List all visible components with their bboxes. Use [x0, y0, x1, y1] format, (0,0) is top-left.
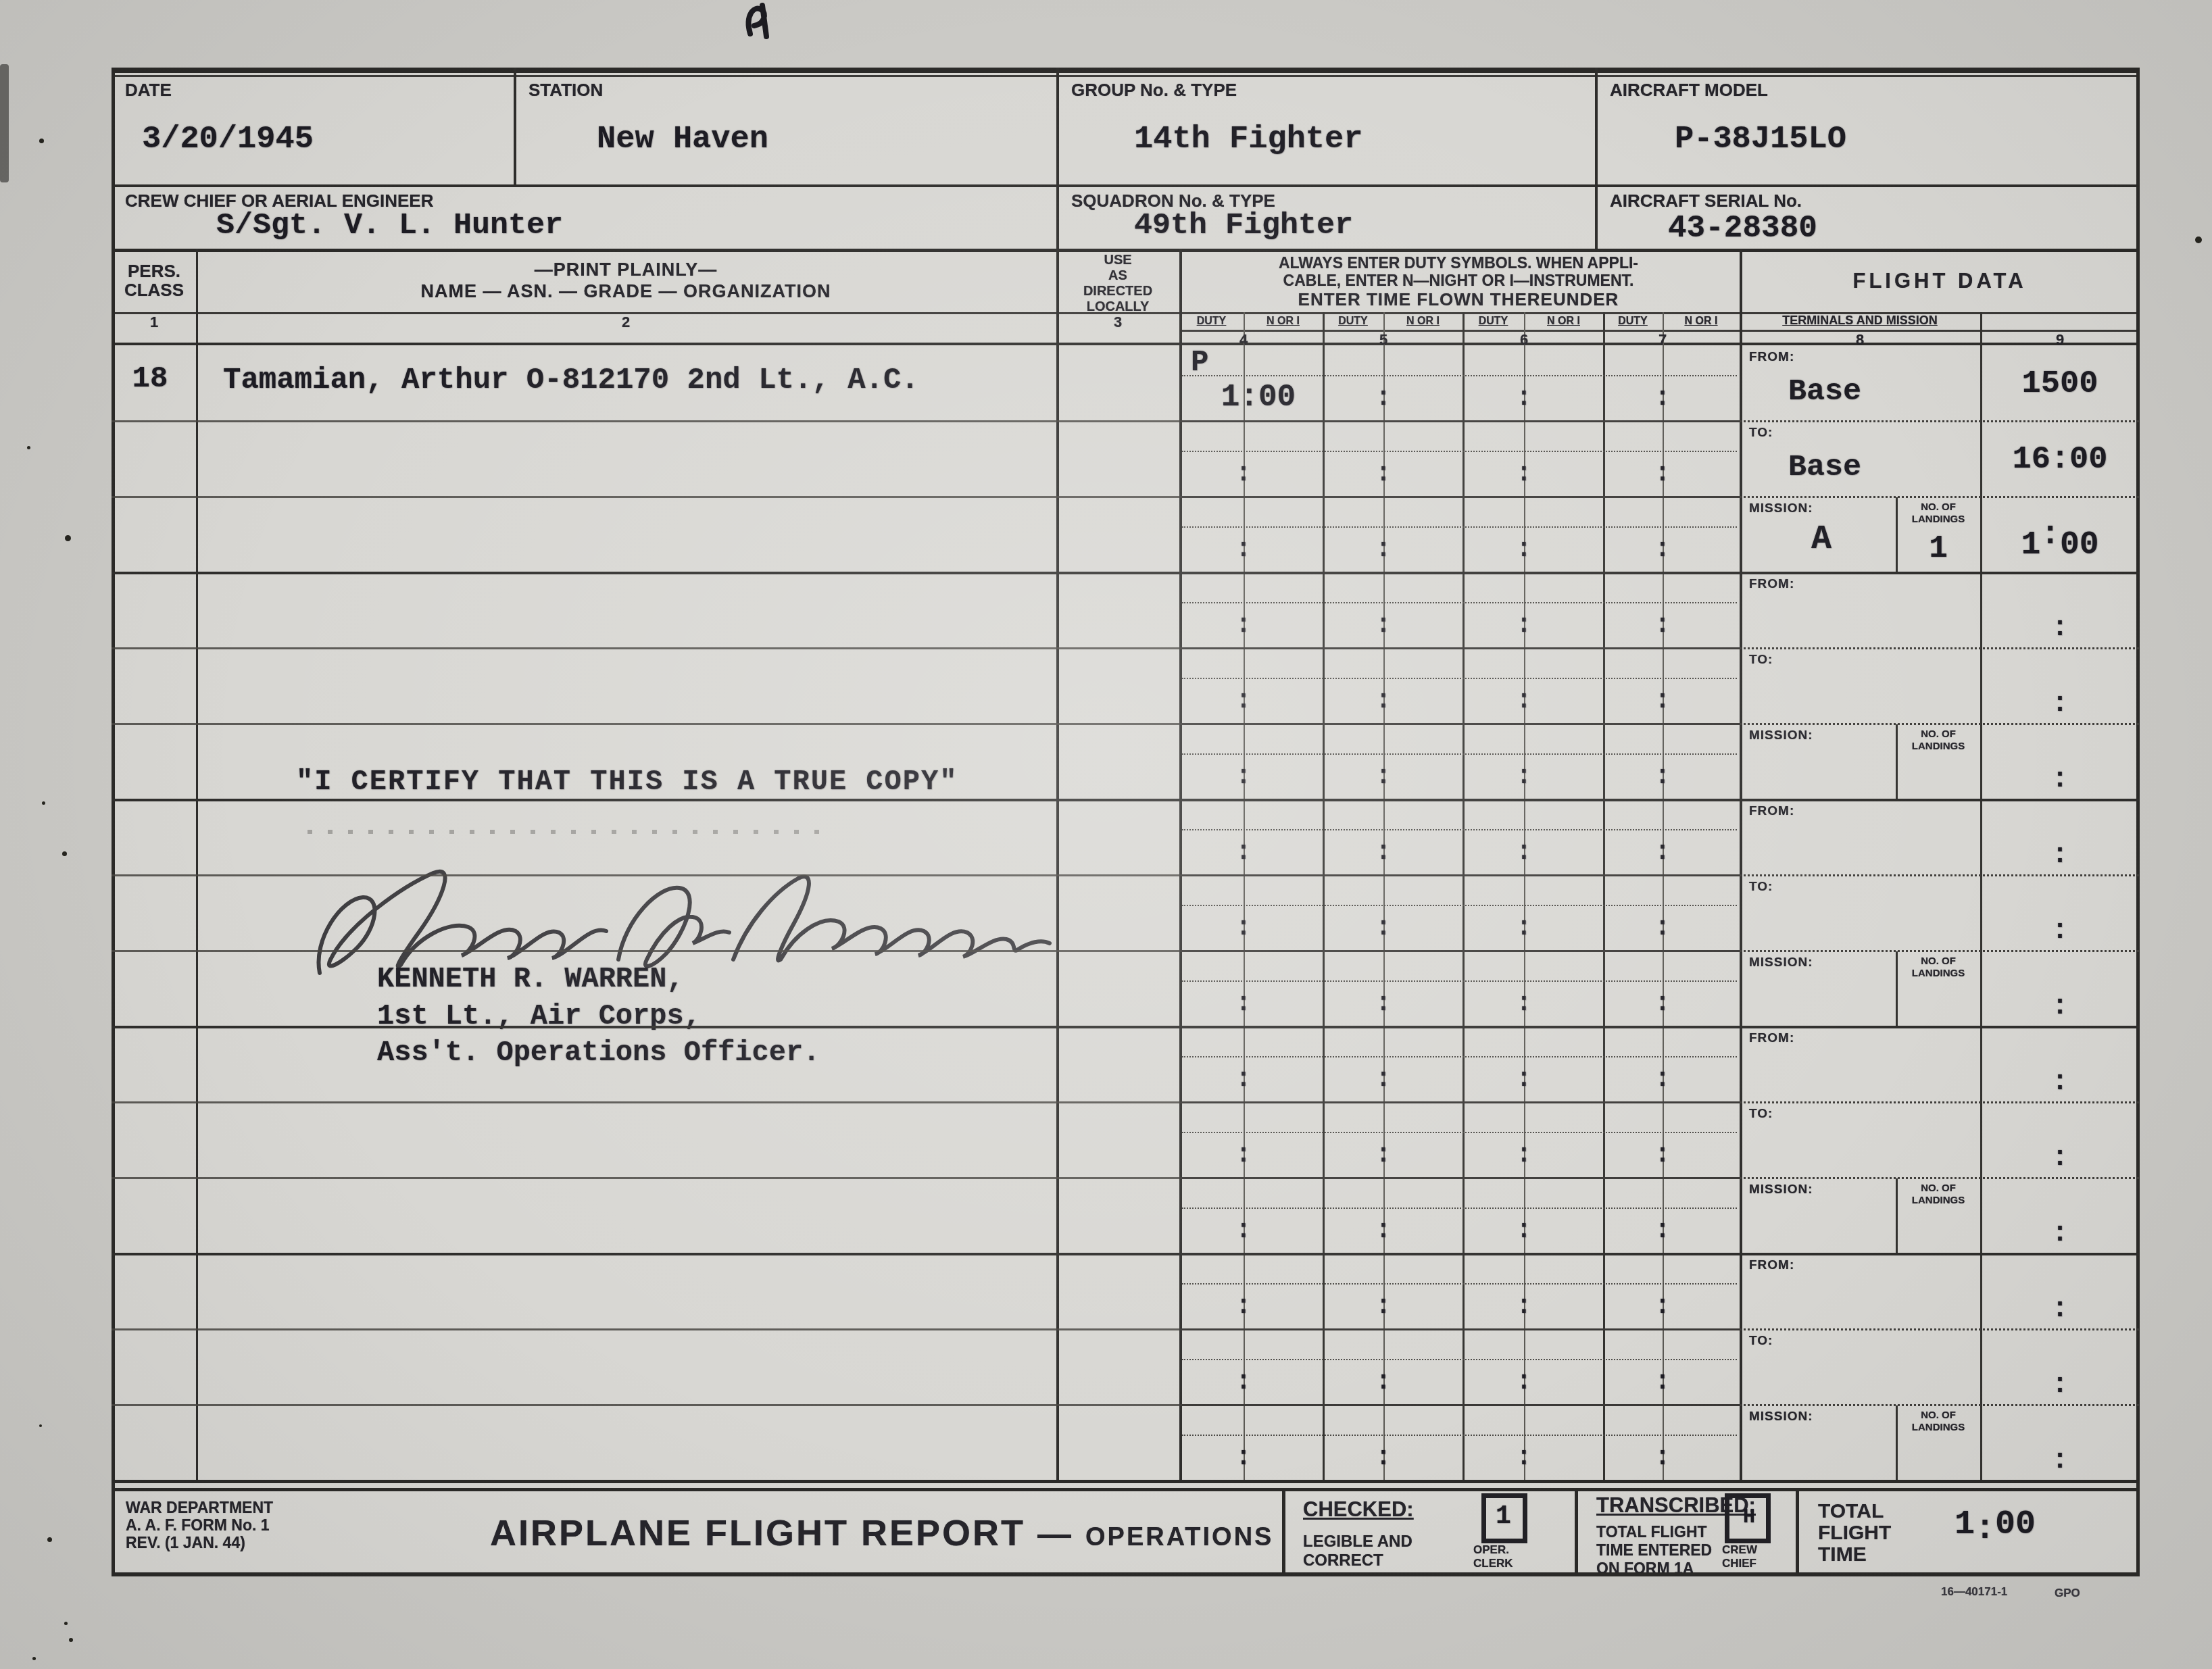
- mission-label: MISSION:: [1749, 1410, 1813, 1424]
- table-right-border: [2136, 68, 2140, 1576]
- to-label: TO:: [1749, 1107, 1773, 1122]
- nori-subheader: N OR I: [1685, 316, 1718, 328]
- column-number: 4: [1239, 331, 1248, 349]
- duty-instruction-2: CABLE, ENTER N—NIGHT OR I—INSTRUMENT.: [1283, 272, 1634, 290]
- landings-label-1: NO. OF: [1921, 728, 1956, 740]
- pers-class-label-2: CLASS: [124, 280, 184, 301]
- duty-time-colon: :: [1517, 384, 1532, 413]
- total-flight-time-value: 1:00: [1955, 1505, 2036, 1544]
- duty-time-colon: :: [1655, 838, 1671, 867]
- pilot-name-value: Tamamian, Arthur O-812170 2nd Lt., A.C.: [223, 364, 919, 397]
- duty-row-line: [1179, 1404, 1740, 1406]
- duty-time-colon: :: [1376, 838, 1392, 867]
- duty-time-colon: :: [1655, 1141, 1671, 1170]
- name-column-header-1: —PRINT PLAINLY—: [535, 259, 718, 280]
- checked-line-1: LEGIBLE AND: [1303, 1533, 1412, 1551]
- time-colon-placeholder: :: [2052, 841, 2068, 871]
- crew-chief-label-1: CREW: [1722, 1543, 1757, 1557]
- gpo-print-code: 16—40171-1: [1941, 1585, 2007, 1599]
- duty-time-colon: :: [1236, 459, 1252, 489]
- total-flight-time-label-2: FLIGHT: [1818, 1522, 1891, 1545]
- time-colon-placeholder: :: [2052, 1068, 2068, 1098]
- name-area-rule: [112, 1177, 1179, 1179]
- name-area-rule: [112, 874, 1179, 876]
- aircraft-serial-value: 43-28380: [1668, 211, 1817, 246]
- to-time-value: 16:00: [2012, 442, 2107, 478]
- landings-label-1: NO. OF: [1921, 501, 1956, 513]
- name-area-rule: [112, 496, 1179, 498]
- table-left-border: [112, 68, 115, 1576]
- name-area-rule: [112, 647, 1179, 649]
- column-number: 2: [622, 314, 630, 331]
- duty-row-line: [1179, 496, 1740, 498]
- footer-dept-1: WAR DEPARTMENT: [126, 1499, 273, 1517]
- duty-symbol-time-divider: [1182, 980, 1737, 982]
- oper-clerk-label-2: CLERK: [1473, 1557, 1513, 1570]
- flightdata-dotted-rule: [1740, 1101, 2139, 1103]
- column-number: 6: [1520, 331, 1528, 349]
- duty-group-line: [1323, 312, 1325, 1480]
- duty-time-colon: :: [1236, 1216, 1252, 1245]
- name-column-header-2: NAME — ASN. — GRADE — ORGANIZATION: [421, 281, 831, 302]
- landings-label-2: LANDINGS: [1912, 1422, 1965, 1433]
- duty-row-line: [1179, 420, 1740, 422]
- column-number: 8: [1856, 331, 1864, 349]
- mission-label: MISSION:: [1749, 955, 1813, 970]
- flightdata-dotted-rule: [1740, 723, 2139, 725]
- duty-time-colon: :: [1376, 1141, 1392, 1170]
- landings-label-2: LANDINGS: [1912, 514, 1965, 525]
- duty-time-colon: :: [1376, 611, 1392, 640]
- column-band-divider: [112, 312, 2139, 314]
- from-label: FROM:: [1749, 804, 1794, 819]
- table-top-border: [112, 68, 2139, 73]
- duty-subheader: DUTY: [1479, 316, 1508, 328]
- duty-time-colon: :: [1236, 989, 1252, 1018]
- squadron-value: 49th Fighter: [1134, 208, 1353, 243]
- duty-time-colon: :: [1517, 1141, 1532, 1170]
- column-number: 3: [1114, 314, 1122, 331]
- name-area-rule: [112, 1101, 1179, 1103]
- landings-label-1: NO. OF: [1921, 1182, 1956, 1194]
- column-number: 7: [1658, 331, 1667, 349]
- crew-chief-value: S/Sgt. V. L. Hunter: [216, 208, 563, 243]
- date-station-divider: [514, 68, 516, 184]
- transcribed-line-1: TOTAL FLIGHT: [1596, 1523, 1707, 1541]
- ink-speck: [65, 535, 71, 541]
- table-bottom-border: [112, 1572, 2139, 1576]
- duty-time-colon: :: [1236, 611, 1252, 640]
- duty-time-colon: :: [1517, 1292, 1532, 1321]
- duty-time-colon: :: [1655, 1292, 1671, 1321]
- landings-box-line: [1896, 1405, 1898, 1480]
- time-colon-placeholder: :: [2052, 992, 2068, 1022]
- footer-dept-3: REV. (1 JAN. 44): [126, 1534, 245, 1552]
- duty-instruction-3: ENTER TIME FLOWN THEREUNDER: [1298, 289, 1619, 310]
- duty-time-colon: :: [1655, 1216, 1671, 1245]
- column-number: 9: [2056, 331, 2064, 349]
- duty-symbol-time-divider: [1182, 451, 1737, 452]
- to-label: TO:: [1749, 653, 1773, 668]
- aircraft-model-label: AIRCRAFT MODEL: [1610, 80, 1768, 101]
- duty-time-colon: :: [1376, 687, 1392, 716]
- duty-subheader: DUTY: [1338, 316, 1368, 328]
- duty-time-colon: :: [1517, 1443, 1532, 1472]
- duty-time-colon: :: [1655, 611, 1671, 640]
- duty-symbol-time-divider: [1182, 1056, 1737, 1057]
- terminals-time-column-line: [1980, 312, 1982, 1480]
- duty-symbol-time-divider: [1182, 526, 1737, 528]
- duty-group-line: [1463, 312, 1465, 1480]
- landings-label-2: LANDINGS: [1912, 968, 1965, 979]
- landings-label-1: NO. OF: [1921, 955, 1956, 967]
- duty-time-colon: :: [1376, 1368, 1392, 1397]
- date-value: 3/20/1945: [142, 122, 314, 157]
- duty-time-colon: :: [1517, 989, 1532, 1018]
- landings-box-line: [1896, 951, 1898, 1026]
- crew-chief-label-2: CHIEF: [1722, 1557, 1756, 1570]
- duty-symbol-time-divider: [1182, 1207, 1737, 1209]
- duty-time-value: 1:00: [1221, 380, 1296, 415]
- duty-time-colon: :: [1655, 687, 1671, 716]
- to-label: TO:: [1749, 426, 1773, 441]
- terminals-mission-label: TERMINALS AND MISSION: [1782, 314, 1937, 328]
- crew-chief-checkbox-icon: H: [1725, 1493, 1771, 1543]
- block-boundary-line: [112, 799, 2139, 801]
- scanned-flight-report-page: DATE 3/20/1945 STATION New Haven GROUP N…: [0, 0, 2212, 1669]
- use-as-line: DIRECTED: [1083, 284, 1152, 299]
- duty-symbol-time-divider: [1182, 1283, 1737, 1285]
- duty-row-line: [1179, 723, 1740, 725]
- time-colon-placeholder: :: [2052, 1143, 2068, 1174]
- time-colon-placeholder: :: [2052, 614, 2068, 644]
- transcribed-line-2: TIME ENTERED: [1596, 1541, 1712, 1560]
- time-colon-placeholder: :: [2052, 1295, 2068, 1325]
- duty-time-colon: :: [1236, 535, 1252, 564]
- form-title: AIRPLANE FLIGHT REPORT — OPERATIONS: [490, 1512, 1273, 1554]
- flightdata-dotted-rule: [1740, 496, 2139, 498]
- to-label: TO:: [1749, 880, 1773, 895]
- flightdata-dotted-rule: [1740, 1328, 2139, 1330]
- signature-typed-title: Ass't. Operations Officer.: [377, 1037, 820, 1069]
- duty-time-colon: :: [1376, 1065, 1392, 1094]
- body-top-border: [112, 343, 2139, 345]
- name-area-rule: [112, 420, 1179, 422]
- body-bottom-border: [112, 1480, 2139, 1483]
- flightdata-dotted-rule: [1740, 420, 2139, 422]
- from-label: FROM:: [1749, 1258, 1794, 1273]
- duty-time-colon: :: [1655, 1368, 1671, 1397]
- duty-time-colon: :: [1517, 1368, 1532, 1397]
- duty-time-colon: :: [1517, 611, 1532, 640]
- duty-symbol-time-divider: [1182, 1435, 1737, 1436]
- time-colon-placeholder: :: [2052, 689, 2068, 720]
- duty-symbol-time-divider: [1182, 905, 1737, 906]
- ink-speck: [39, 139, 44, 143]
- duty-subheader: DUTY: [1618, 316, 1648, 328]
- duty-time-colon: :: [1517, 459, 1532, 489]
- duty-symbol-time-divider: [1182, 1132, 1737, 1133]
- form-title-suffix: OPERATIONS: [1085, 1523, 1273, 1551]
- ink-speck: [62, 851, 67, 856]
- certify-statement: "I CERTIFY THAT THIS IS A TRUE COPY": [296, 766, 958, 798]
- use-as-line: AS: [1108, 268, 1127, 284]
- duty-time-colon: :: [1376, 914, 1392, 943]
- flightdata-dotted-rule: [1740, 874, 2139, 876]
- column-number: 5: [1379, 331, 1387, 349]
- nori-subheader: N OR I: [1547, 316, 1580, 328]
- time-colon-placeholder: :: [2052, 1370, 2068, 1401]
- mission-time-value: 1:00: [2021, 527, 2098, 564]
- block-boundary-line: [112, 1253, 2139, 1255]
- oper-clerk-checkbox-icon: 1: [1481, 1493, 1527, 1543]
- duty-group-line: [1603, 312, 1605, 1480]
- landings-label-2: LANDINGS: [1912, 1195, 1965, 1206]
- duty-time-colon: :: [1236, 914, 1252, 943]
- duty-time-colon: :: [1376, 1292, 1392, 1321]
- date-label: DATE: [125, 80, 172, 101]
- pers-class-value: 18: [132, 362, 168, 396]
- duty-symbol-value: P: [1191, 346, 1208, 380]
- duty-subheader: DUTY: [1197, 316, 1227, 328]
- oper-clerk-label-1: OPER.: [1473, 1543, 1509, 1557]
- mission-label: MISSION:: [1749, 1182, 1813, 1197]
- duty-row-line: [1179, 950, 1740, 952]
- form-title-dash: —: [1037, 1515, 1073, 1553]
- duty-time-colon: :: [1517, 1065, 1532, 1094]
- station-group-column-line: [1056, 68, 1059, 1480]
- use-as-duty-column-line: [1179, 249, 1182, 1480]
- duty-row-line: [1179, 1177, 1740, 1179]
- duty-time-colon: :: [1236, 1443, 1252, 1472]
- duty-time-colon: :: [1236, 1292, 1252, 1321]
- time-colon-placeholder: :: [2052, 1219, 2068, 1249]
- name-area-rule: [112, 1328, 1179, 1330]
- checked-line-2: CORRECT: [1303, 1551, 1383, 1570]
- group-model-divider: [1595, 68, 1598, 249]
- duty-time-colon: :: [1655, 384, 1671, 413]
- checked-box-left-border: [1282, 1488, 1285, 1572]
- mission-value: A: [1811, 520, 1832, 559]
- ink-speck: [69, 1638, 73, 1642]
- mission-label: MISSION:: [1749, 728, 1813, 743]
- landings-box-line: [1896, 724, 1898, 799]
- time-colon-placeholder: :: [2052, 765, 2068, 795]
- from-label: FROM:: [1749, 577, 1794, 592]
- header-bottom-divider: [112, 249, 2139, 252]
- flightdata-dotted-rule: [1740, 1177, 2139, 1179]
- duty-symbol-time-divider: [1182, 602, 1737, 603]
- aircraft-serial-label: AIRCRAFT SERIAL No.: [1610, 191, 1802, 211]
- duty-time-colon: :: [1655, 459, 1671, 489]
- duty-time-colon: :: [1376, 762, 1392, 791]
- from-label: FROM:: [1749, 350, 1794, 365]
- duty-time-colon: :: [1236, 687, 1252, 716]
- duty-time-colon: :: [1655, 1065, 1671, 1094]
- duty-time-colon: :: [1376, 459, 1392, 489]
- time-colon-placeholder: :: [2052, 1446, 2068, 1476]
- transcribed-box-left-border: [1575, 1488, 1578, 1572]
- time-colon-placeholder: :: [2052, 916, 2068, 947]
- from-value: Base: [1788, 374, 1861, 409]
- ink-speck: [27, 446, 30, 449]
- signature-typed-name: KENNETH R. WARREN,: [377, 963, 684, 995]
- duty-time-colon: :: [1517, 1216, 1532, 1245]
- name-area-rule: [112, 1404, 1179, 1406]
- duty-time-colon: :: [1236, 1141, 1252, 1170]
- duty-time-colon: :: [1655, 762, 1671, 791]
- ink-speck: [64, 1622, 68, 1625]
- station-value: New Haven: [597, 122, 768, 157]
- checked-label: CHECKED:: [1303, 1497, 1414, 1522]
- duty-time-colon: :: [1236, 838, 1252, 867]
- duty-time-colon: :: [1376, 989, 1392, 1018]
- faded-typed-line: [308, 830, 828, 834]
- duty-time-colon: :: [1376, 1443, 1392, 1472]
- duty-instruction-1: ALWAYS ENTER DUTY SYMBOLS. WHEN APPLI-: [1279, 254, 1638, 272]
- duty-time-colon: :: [1655, 989, 1671, 1018]
- total-flight-time-label-3: TIME: [1818, 1543, 1867, 1566]
- duty-time-colon: :: [1376, 1216, 1392, 1245]
- duty-time-colon: :: [1236, 1065, 1252, 1094]
- nori-subheader: N OR I: [1406, 316, 1440, 328]
- duty-time-colon: :: [1376, 535, 1392, 564]
- group-label: GROUP No. & TYPE: [1071, 80, 1237, 101]
- header-row-divider: [112, 184, 2139, 187]
- aircraft-model-value: P-38J15LO: [1675, 122, 1846, 157]
- flightdata-dotted-rule: [1740, 647, 2139, 649]
- duty-time-colon: :: [1236, 1368, 1252, 1397]
- ink-speck: [2195, 236, 2202, 243]
- from-label: FROM:: [1749, 1031, 1794, 1046]
- duty-time-colon: :: [1517, 914, 1532, 943]
- ink-speck: [32, 1657, 36, 1660]
- block-boundary-line: [112, 1026, 2139, 1028]
- column-number: 1: [150, 314, 158, 331]
- name-area-rule: [112, 723, 1179, 725]
- duty-symbol-time-divider: [1182, 678, 1737, 679]
- duty-symbol-time-divider: [1182, 829, 1737, 830]
- use-as-line: USE: [1104, 253, 1131, 268]
- station-label: STATION: [529, 80, 603, 101]
- gpo-label: GPO: [2055, 1587, 2080, 1600]
- ink-speck: [47, 1537, 52, 1542]
- duty-time-colon: :: [1517, 838, 1532, 867]
- duty-time-colon: :: [1517, 687, 1532, 716]
- ink-speck: [42, 801, 45, 805]
- flightdata-dotted-rule: [1740, 950, 2139, 952]
- duty-time-colon: :: [1655, 914, 1671, 943]
- footer-top-border: [112, 1488, 2139, 1491]
- duty-time-colon: :: [1655, 1443, 1671, 1472]
- nori-subheader: N OR I: [1267, 316, 1300, 328]
- table-top-border-2: [112, 75, 2139, 77]
- duty-symbol-time-divider: [1182, 375, 1737, 376]
- to-value: Base: [1788, 450, 1861, 484]
- total-flight-time-label-1: TOTAL: [1818, 1500, 1884, 1523]
- mission-label: MISSION:: [1749, 501, 1813, 516]
- duty-symbol-time-divider: [1182, 1359, 1737, 1360]
- duty-row-line: [1179, 874, 1740, 876]
- landings-label-1: NO. OF: [1921, 1410, 1956, 1421]
- pers-name-column-line: [196, 249, 198, 1480]
- duty-symbol-time-divider: [1182, 753, 1737, 755]
- duty-time-colon: :: [1236, 762, 1252, 791]
- flightdata-dotted-rule: [1740, 1404, 2139, 1406]
- landings-value: 1: [1929, 531, 1948, 566]
- duty-row-line: [1179, 1328, 1740, 1330]
- landings-box-line: [1896, 497, 1898, 572]
- pers-class-label-1: PERS.: [128, 261, 180, 282]
- duty-time-colon: :: [1376, 384, 1392, 413]
- landings-label-2: LANDINGS: [1912, 741, 1965, 752]
- flight-data-label: FLIGHT DATA: [1852, 269, 2026, 293]
- landings-box-line: [1896, 1178, 1898, 1253]
- duty-row-line: [1179, 1101, 1740, 1103]
- duty-time-colon: :: [1655, 535, 1671, 564]
- duty-time-colon: :: [1517, 762, 1532, 791]
- duty-flightdata-column-line: [1740, 249, 1742, 1480]
- block-boundary-line: [112, 572, 2139, 574]
- group-value: 14th Fighter: [1134, 122, 1362, 157]
- total-box-left-border: [1796, 1488, 1799, 1572]
- to-label: TO:: [1749, 1334, 1773, 1349]
- name-area-rule: [112, 950, 1179, 952]
- duty-row-line: [1179, 647, 1740, 649]
- scan-edge-smudge: [0, 64, 9, 182]
- duty-time-colon: :: [1517, 535, 1532, 564]
- from-time-value: 1500: [2022, 366, 2098, 402]
- ink-speck: [39, 1424, 42, 1427]
- pen-mark: [742, 3, 773, 39]
- footer-dept-2: A. A. F. FORM No. 1: [126, 1516, 270, 1535]
